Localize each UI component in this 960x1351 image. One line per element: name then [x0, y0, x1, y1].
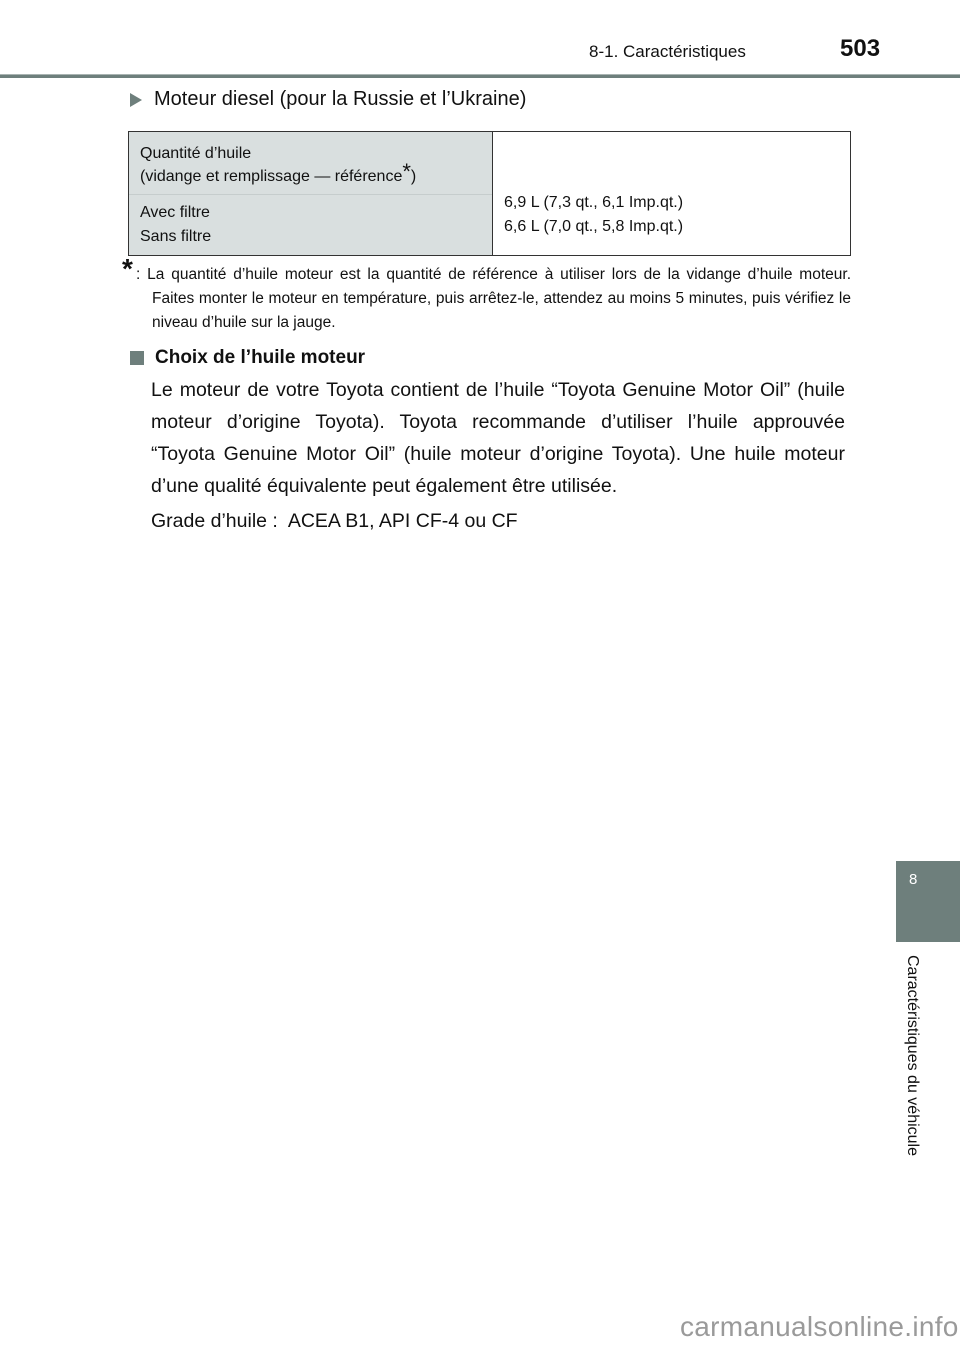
table-row-value: 6,9 L (7,3 qt., 6,1 Imp.qt.) — [504, 191, 842, 215]
section-title: Choix de l’huile moteur — [155, 347, 365, 369]
oil-grade-label: Grade d’huile : — [151, 510, 278, 532]
square-bullet-icon — [130, 351, 144, 365]
table-header-line1: Quantité d’huile — [140, 142, 484, 165]
chapter-tab[interactable]: 8 — [896, 861, 960, 942]
chapter-number: 8 — [909, 871, 917, 888]
table-header-cell: Quantité d’huile (vidange et remplissage… — [129, 132, 493, 256]
section-paragraph: Le moteur de votre Toyota contient de l’… — [151, 374, 845, 502]
header-rule — [0, 74, 960, 78]
oil-capacity-table: Quantité d’huile (vidange et remplissage… — [128, 131, 851, 256]
oil-grade: Grade d’huile :ACEA B1, API CF-4 ou CF — [151, 505, 518, 537]
footnote-marker: * — [122, 257, 133, 281]
triangle-bullet-icon — [130, 93, 142, 107]
asterisk-marker: * — [402, 159, 411, 184]
watermark: carmanualsonline.info — [680, 1311, 959, 1343]
header-section-title: 8-1. Caractéristiques — [589, 42, 746, 62]
sub-heading-text: Moteur diesel (pour la Russie et l’Ukrai… — [154, 88, 526, 111]
chapter-label: Caractéristiques du véhicule — [903, 955, 921, 1156]
footnote-text: : La quantité d’huile moteur est la quan… — [136, 263, 851, 335]
section-heading: Choix de l’huile moteur — [130, 347, 365, 369]
footnote: * : La quantité d’huile moteur est la qu… — [122, 263, 851, 335]
table-header-line2: (vidange et remplissage — référence*) — [140, 165, 484, 188]
table-value-cell: 6,9 L (7,3 qt., 6,1 Imp.qt.) 6,6 L (7,0 … — [493, 132, 851, 256]
table-row-value: 6,6 L (7,0 qt., 5,8 Imp.qt.) — [504, 215, 842, 239]
oil-grade-value: ACEA B1, API CF-4 ou CF — [288, 510, 518, 532]
table-row-label: Avec filtre — [140, 201, 484, 225]
page-number: 503 — [840, 35, 880, 63]
sub-heading: Moteur diesel (pour la Russie et l’Ukrai… — [130, 88, 526, 111]
table-row-label: Sans filtre — [140, 225, 484, 249]
